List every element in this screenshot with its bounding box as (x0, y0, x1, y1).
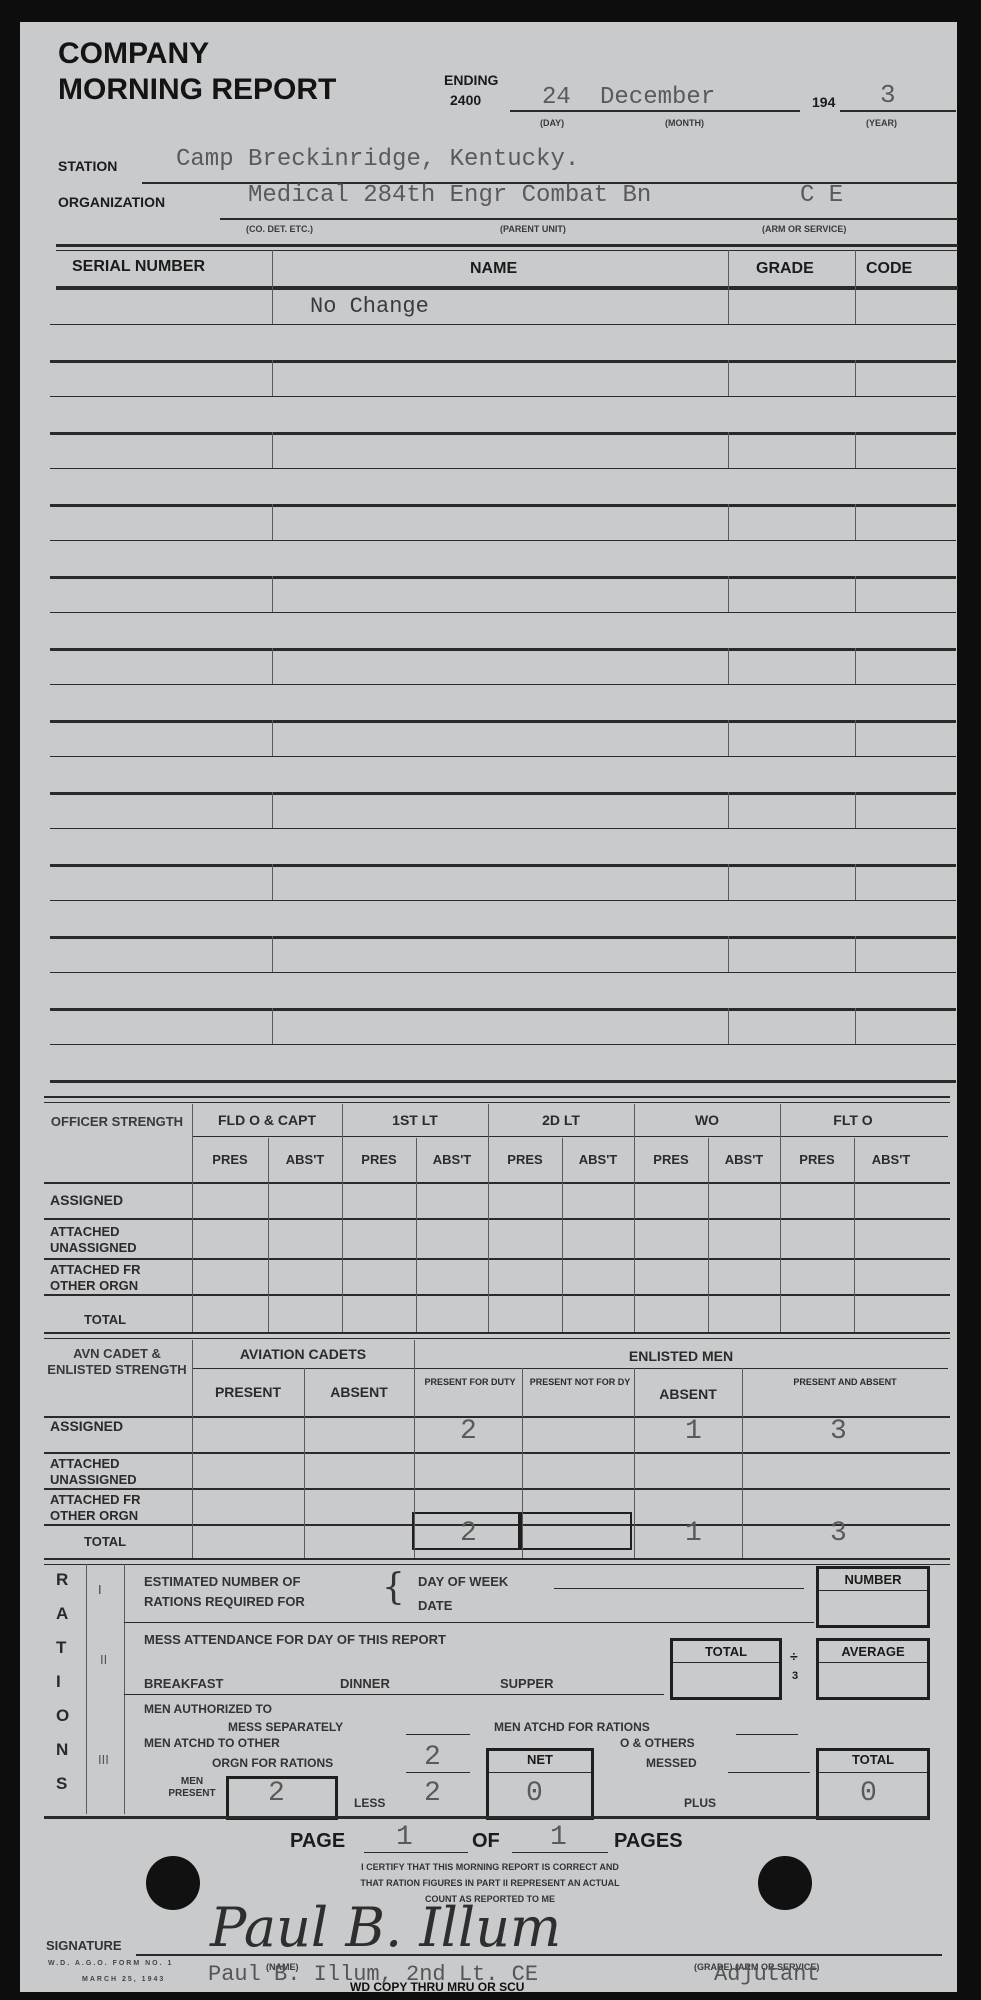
roster-column-divider (728, 360, 729, 396)
enlisted-row-assigned: ASSIGNED (50, 1418, 123, 1434)
roster-column-divider (855, 792, 856, 828)
total-present-for-duty: 2 (460, 1518, 477, 1549)
col-code: CODE (866, 260, 912, 278)
enlisted-column-divider (522, 1368, 523, 1558)
enlisted-bottom-rule-2 (44, 1564, 950, 1565)
roster-rule (50, 1008, 956, 1011)
year-underline (840, 110, 956, 112)
group-enlisted-men: ENLISTED MEN (414, 1348, 948, 1364)
subcol-present: PRES (488, 1152, 562, 1167)
roster-column-divider (272, 576, 273, 612)
roster-rule (50, 756, 956, 757)
col-name: NAME (470, 260, 517, 278)
rations-letter: O (56, 1706, 69, 1726)
signature-label: SIGNATURE (46, 1938, 122, 1953)
officer-column-divider (562, 1138, 563, 1332)
roster-column-divider (855, 864, 856, 900)
pages-label: PAGES (614, 1830, 683, 1853)
officer-bottom-rule-2 (44, 1338, 950, 1339)
group-flt-o: FLT O (780, 1112, 926, 1128)
roster-column-divider (728, 432, 729, 468)
roster-column-divider (728, 576, 729, 612)
rations-letter: I (56, 1672, 61, 1692)
parent-unit-caption: (PARENT UNIT) (500, 224, 566, 234)
roster-column-divider (728, 936, 729, 972)
roster-rule (50, 468, 956, 469)
roster-rule (50, 900, 956, 901)
subcol-absent: ABS'T (562, 1152, 634, 1167)
officer-column-divider (708, 1138, 709, 1332)
roster-column-divider (855, 648, 856, 684)
officer-column-divider (192, 1104, 193, 1332)
others-messed-field[interactable] (728, 1772, 810, 1773)
col-present-for-duty: PRESENT FOR DUTY (418, 1374, 522, 1390)
ending-time: 2400 (450, 92, 481, 108)
subcol-present: PRES (342, 1152, 416, 1167)
form-title-line1: COMPANY (58, 38, 209, 70)
officer-column-divider (488, 1104, 489, 1332)
roster-rule (50, 540, 956, 541)
roster-rule (50, 612, 956, 613)
enlisted-group-rule (192, 1368, 948, 1369)
total-absent: 1 (685, 1518, 702, 1549)
net-label: NET (486, 1752, 594, 1767)
col-cadets-present: PRESENT (192, 1384, 304, 1400)
organization-value: Medical 284th Engr Combat Bn (248, 182, 651, 209)
supper-label: SUPPER (500, 1676, 553, 1691)
roster-header-divider (272, 250, 273, 324)
group-2d-lt: 2D LT (488, 1112, 634, 1128)
roster-rule (50, 1080, 956, 1083)
organization-label: ORGANIZATION (58, 194, 165, 210)
enlisted-row-attached-fr-other-orgn: ATTACHED FR OTHER ORGN (50, 1492, 160, 1524)
officer-bottom-rule (44, 1332, 950, 1334)
divide-icon: ÷ (790, 1648, 798, 1664)
report-month: December (600, 84, 715, 111)
men-present-label: MEN PRESENT (162, 1776, 222, 1800)
men-atchd-other-line1: MEN ATCHD TO OTHER (144, 1736, 280, 1750)
organization-underline (220, 218, 958, 220)
rations-letter: T (56, 1638, 66, 1658)
roster-rule (50, 576, 956, 579)
total-rations-divider (819, 1772, 927, 1773)
brace-icon: { (382, 1568, 405, 1608)
section-ii-numeral: II (100, 1652, 107, 1667)
report-day: 24 (542, 84, 571, 111)
mess-total-label: TOTAL (670, 1644, 782, 1659)
year-caption: (YEAR) (866, 118, 897, 128)
officer-row-rule-2 (44, 1218, 950, 1220)
form-number: W.D. A.G.O. FORM NO. 1 (48, 1960, 173, 1967)
officer-top-rule (44, 1096, 950, 1098)
officer-row-attached-fr-other-orgn: ATTACHED FR OTHER ORGN (50, 1262, 160, 1294)
men-atchd-other-value: 2 (424, 1742, 441, 1773)
rations-letter: N (56, 1740, 68, 1760)
section-ii-rule (124, 1694, 664, 1695)
others-messed-line1: O & OTHERS (620, 1736, 695, 1750)
roster-rule (50, 792, 956, 795)
station-label: STATION (58, 158, 117, 174)
men-atchd-for-rations-field[interactable] (736, 1734, 798, 1735)
month-caption: (MONTH) (665, 118, 704, 128)
officer-column-divider (416, 1138, 417, 1332)
officer-row-assigned: ASSIGNED (50, 1192, 123, 1208)
roster-column-divider (272, 1008, 273, 1044)
net-value: 0 (526, 1778, 543, 1809)
signature-handwritten: Paul B. Illum (210, 1896, 561, 1959)
roster-rule (50, 720, 956, 723)
mess-separately-field[interactable] (406, 1734, 470, 1735)
enlisted-row-rule-1 (44, 1416, 950, 1418)
officer-column-divider (854, 1138, 855, 1332)
enlisted-column-divider (304, 1368, 305, 1558)
date-label: DATE (418, 1598, 452, 1613)
roster-header-divider (728, 250, 729, 324)
roster-column-divider (272, 936, 273, 972)
subcol-present: PRES (780, 1152, 854, 1167)
men-authorized-line2: MESS SEPARATELY (228, 1720, 343, 1734)
day-of-week-field[interactable] (554, 1588, 804, 1589)
men-present-value: 2 (268, 1778, 285, 1809)
subcol-absent: ABS'T (708, 1152, 780, 1167)
punch-hole-left (146, 1856, 200, 1910)
roster-column-divider (728, 1008, 729, 1044)
rations-letter: A (56, 1604, 68, 1624)
roster-column-divider (728, 720, 729, 756)
roster-rule (50, 432, 956, 435)
assigned-absent: 1 (685, 1416, 702, 1447)
roster-rule (50, 684, 956, 685)
total-rations-value: 0 (860, 1778, 877, 1809)
average-box-divider (819, 1662, 927, 1663)
roster-column-divider (855, 720, 856, 756)
page-number: 1 (396, 1822, 413, 1853)
mess-attendance-title: MESS ATTENDANCE FOR DAY OF THIS REPORT (144, 1632, 446, 1647)
roster-rule (50, 396, 956, 397)
enlisted-column-divider (742, 1368, 743, 1558)
number-box-divider (819, 1590, 927, 1591)
officer-top-rule-2 (44, 1102, 950, 1103)
others-messed-line2: MESSED (646, 1756, 697, 1770)
unit-caption: (CO. DET. ETC.) (246, 224, 313, 234)
certify-line2: THAT RATION FIGURES IN PART II REPRESENT… (260, 1878, 720, 1888)
men-atchd-for-rations-label: MEN ATCHD FOR RATIONS (494, 1720, 650, 1734)
officer-row-rule-3 (44, 1258, 950, 1260)
form-date: MARCH 25, 1943 (82, 1976, 165, 1983)
of-label: OF (472, 1830, 500, 1853)
page-label: PAGE (290, 1830, 345, 1853)
rations-letter: R (56, 1570, 68, 1590)
men-authorized-line1: MEN AUTHORIZED TO (144, 1702, 272, 1716)
roster-column-divider (855, 936, 856, 972)
roster-column-divider (272, 792, 273, 828)
average-label: AVERAGE (816, 1644, 930, 1659)
roster-column-divider (855, 432, 856, 468)
roster-column-divider (855, 576, 856, 612)
col-serial-number: SERIAL NUMBER (72, 258, 205, 276)
roster-column-divider (855, 360, 856, 396)
roster-rule (50, 972, 956, 973)
arm-service-caption: (ARM OR SERVICE) (762, 224, 846, 234)
officer-column-divider (780, 1104, 781, 1332)
roster-column-divider (728, 792, 729, 828)
certify-line1: I CERTIFY THAT THIS MORNING REPORT IS CO… (260, 1862, 720, 1872)
organization-arm: C E (800, 182, 843, 209)
enlisted-row-attached-unassigned: ATTACHED UNASSIGNED (50, 1456, 160, 1488)
rations-letter: S (56, 1774, 67, 1794)
subcol-absent: ABS'T (268, 1152, 342, 1167)
officer-row-rule-4 (44, 1294, 950, 1296)
officer-strength-title: OFFICER STRENGTH (42, 1114, 192, 1130)
col-present-not-for-duty: PRESENT NOT FOR DY (526, 1374, 634, 1390)
typed-role: Adjutant (714, 1962, 820, 1987)
roster-rule (50, 324, 956, 325)
officer-group-rule (192, 1136, 948, 1137)
roster-header-rule (56, 286, 958, 290)
roster-rule (50, 864, 956, 867)
total-present-not-for-duty-box (520, 1512, 632, 1550)
col-enlisted-absent: ABSENT (634, 1386, 742, 1402)
enlisted-bottom-rule (44, 1558, 950, 1560)
rations-numeral-divider (124, 1564, 125, 1814)
assigned-present-and-absent: 3 (830, 1416, 847, 1447)
group-1st-lt: 1ST LT (342, 1112, 488, 1128)
ending-label: ENDING (444, 72, 498, 88)
officer-row-rule-1 (44, 1182, 950, 1184)
roster-column-divider (272, 720, 273, 756)
roster-row-name: No Change (310, 294, 429, 319)
less-value: 2 (424, 1778, 441, 1809)
report-year-digit: 3 (880, 80, 896, 110)
roster-column-divider (272, 432, 273, 468)
enlisted-column-divider (634, 1368, 635, 1558)
roster-column-divider (272, 648, 273, 684)
group-fld-o-capt: FLD O & CAPT (192, 1112, 342, 1128)
enlisted-strength-title: AVN CADET & ENLISTED STRENGTH (42, 1346, 192, 1378)
subcol-absent: ABS'T (416, 1152, 488, 1167)
col-present-and-absent: PRESENT AND ABSENT (742, 1374, 948, 1390)
assigned-present-for-duty: 2 (460, 1416, 477, 1447)
roster-top-rule-2 (56, 250, 958, 251)
group-aviation-cadets: AVIATION CADETS (192, 1346, 414, 1362)
subcol-present: PRES (192, 1152, 268, 1167)
roster-column-divider (272, 864, 273, 900)
total-rations-label: TOTAL (816, 1752, 930, 1767)
officer-column-divider (634, 1104, 635, 1332)
roster-column-divider (855, 504, 856, 540)
form-title-line2: MORNING REPORT (58, 74, 336, 106)
divisor-value: 3 (792, 1670, 798, 1682)
day-of-week-label: DAY OF WEEK (418, 1574, 508, 1589)
roster-top-rule (56, 244, 958, 247)
breakfast-label: BREAKFAST (144, 1676, 223, 1691)
roster-column-divider (272, 504, 273, 540)
roster-rule (50, 936, 956, 939)
section-i-numeral: I (98, 1582, 102, 1597)
estimated-number-line2: RATIONS REQUIRED FOR (144, 1594, 305, 1609)
dinner-label: DINNER (340, 1676, 390, 1691)
enlisted-row-total: TOTAL (84, 1534, 126, 1549)
roster-rule (50, 504, 956, 507)
roster-rule (50, 1044, 956, 1045)
total-present-and-absent: 3 (830, 1518, 847, 1549)
year-prefix: 194 (812, 94, 835, 110)
roster-header-divider (855, 250, 856, 324)
officer-row-total: TOTAL (84, 1312, 126, 1327)
officer-column-divider (342, 1104, 343, 1332)
station-value: Camp Breckinridge, Kentucky. (176, 146, 579, 173)
page-total: 1 (550, 1822, 567, 1853)
roster-rule (50, 360, 956, 363)
roster-column-divider (728, 504, 729, 540)
punch-hole-right (758, 1856, 812, 1910)
morning-report-form: COMPANY MORNING REPORT ENDING 2400 24 De… (20, 22, 957, 1992)
officer-row-attached-unassigned: ATTACHED UNASSIGNED (50, 1224, 160, 1256)
enlisted-column-divider (192, 1340, 193, 1558)
net-box-divider (489, 1772, 591, 1773)
roster-column-divider (728, 648, 729, 684)
plus-label: PLUS (684, 1796, 716, 1810)
mess-total-divider (673, 1662, 779, 1663)
page-number-field (364, 1852, 468, 1853)
day-caption: (DAY) (540, 118, 564, 128)
roster-column-divider (855, 1008, 856, 1044)
subcol-absent: ABS'T (854, 1152, 928, 1167)
roster-column-divider (728, 864, 729, 900)
col-grade: GRADE (756, 260, 814, 278)
roster-column-divider (272, 360, 273, 396)
roster-rule (50, 828, 956, 829)
rations-bottom-rule (44, 1816, 928, 1819)
roster-rule (50, 648, 956, 651)
enlisted-row-rule-3 (44, 1488, 950, 1490)
enlisted-row-rule-2 (44, 1452, 950, 1454)
group-wo: WO (634, 1112, 780, 1128)
section-iii-numeral: III (98, 1752, 109, 1767)
less-label: LESS (354, 1796, 385, 1810)
estimated-number-line1: ESTIMATED NUMBER OF (144, 1574, 300, 1589)
number-label: NUMBER (816, 1572, 930, 1587)
copy-routing-note: WD COPY THRU MRU OR SCU (350, 1980, 524, 1994)
section-i-rule (124, 1622, 814, 1623)
rations-side-divider (86, 1564, 87, 1814)
subcol-present: PRES (634, 1152, 708, 1167)
officer-column-divider (268, 1138, 269, 1332)
enlisted-column-divider (414, 1340, 415, 1558)
col-cadets-absent: ABSENT (304, 1384, 414, 1400)
men-atchd-other-line2: ORGN FOR RATIONS (212, 1756, 333, 1770)
